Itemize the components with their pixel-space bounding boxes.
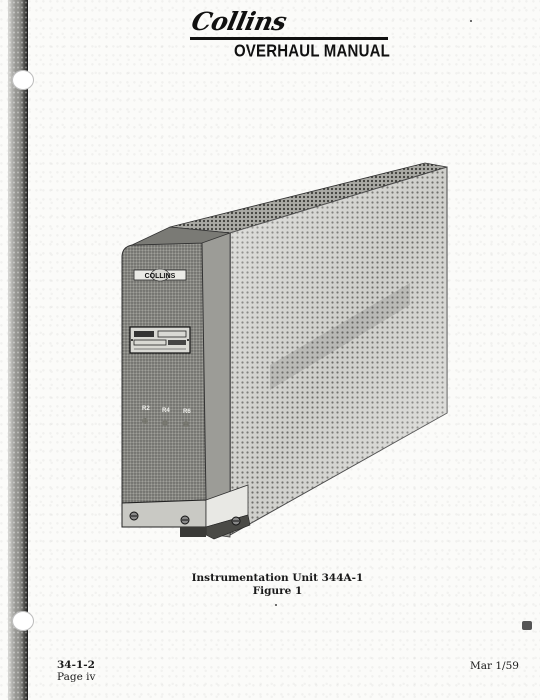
figure-caption: Instrumentation Unit 344A-1 Figure 1 (0, 572, 500, 598)
page-header: Collins OVERHAUL MANUAL (190, 8, 390, 60)
caption-figure-number: Figure 1 (0, 585, 500, 598)
svg-text:R6: R6 (183, 409, 191, 415)
stray-mark (470, 20, 472, 22)
svg-text:R4: R4 (162, 408, 170, 414)
stray-mark (275, 604, 277, 606)
footer-left: 34-1-2 Page iv (57, 659, 95, 683)
caption-title: Instrumentation Unit 344A-1 (0, 572, 500, 585)
scan-mark (522, 621, 532, 630)
document-number: 34-1-2 (57, 659, 95, 671)
page-number: Page iv (57, 671, 95, 683)
header-rule (190, 37, 388, 40)
punch-hole-bottom (12, 611, 34, 631)
manual-title: OVERHAUL MANUAL (190, 42, 390, 62)
svg-text:COLLINS: COLLINS (145, 273, 176, 280)
revision-date: Mar 1/59 (470, 660, 519, 672)
brand-logo: Collins (189, 8, 289, 36)
unit-photograph: COLLINS R2 R4 R6 (110, 155, 455, 545)
svg-text:R2: R2 (142, 406, 150, 412)
punch-hole-top (12, 70, 34, 90)
